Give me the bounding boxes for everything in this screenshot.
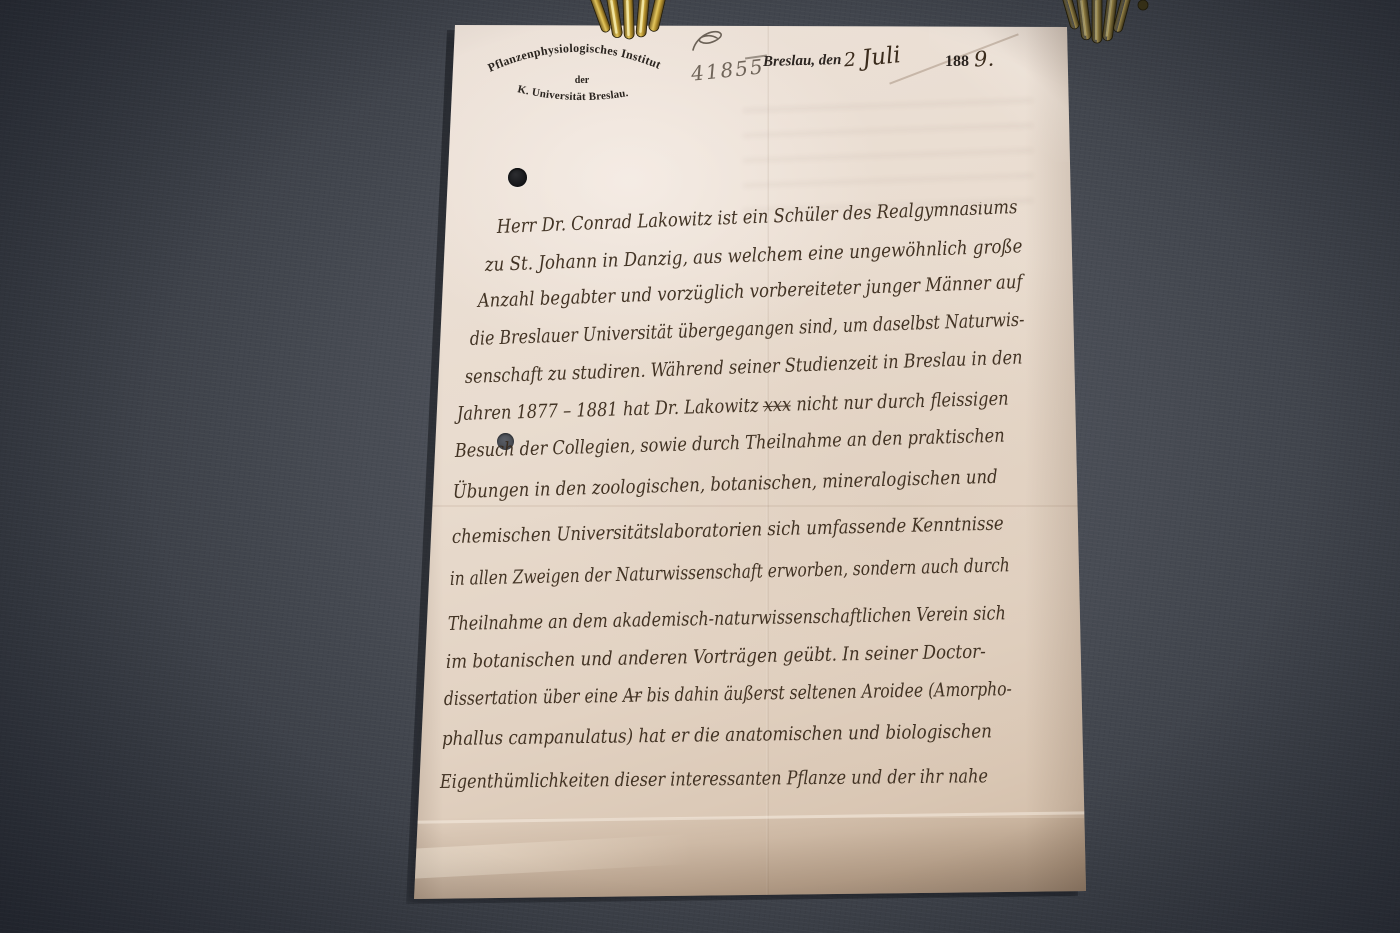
letterhead-der: der [575,75,590,86]
handwritten-line: Herr Dr. Conrad Lakowitz ist ein Schüler… [495,202,1018,238]
handwritten-line: zu St. Johann in Danzig, aus welchem ein… [484,235,1023,276]
handwritten-line: die Breslauer Universität übergegangen s… [469,309,1024,350]
handwritten-line: Übungen in den zoologischen, botanischen… [452,465,997,503]
clamp-knob [1138,0,1148,10]
handwritten-line: chemischen Universitätslaboratorien sich… [452,513,1004,548]
brass-clamp-right [1055,0,1155,58]
dateline-printed-place: Breslau, den [763,52,842,71]
handwritten-line: im botanischen und anderen Vorträgen geü… [446,641,986,673]
dateline-year-digit: 9. [973,46,994,71]
ink-bleedthrough [743,88,1033,218]
handwritten-line: Theilnahme an dem akademisch-naturwissen… [448,602,1006,635]
handwritten-line: dissertation über eine A̶r̶ bis dahin äu… [444,678,1012,710]
photo-stage: Pflanzenphysiologisches Institut der K. … [0,0,1400,933]
clamp-prong [648,0,667,32]
handwritten-line: Anzahl begabter und vorzüglich vorbereit… [476,271,1026,312]
letterhead-university: K. Universität Breslau. [516,83,629,103]
dateline-month: Juli [861,42,902,72]
letter-document: Pflanzenphysiologisches Institut der K. … [413,22,1089,900]
handwritten-line: in allen Zweigen der Naturwissenschaft e… [450,554,1010,590]
handwritten-line: senschaft zu studiren. Während seiner St… [464,347,1022,388]
handwritten-line: Eigenthümlichkeiten dieser interessanten… [439,765,988,793]
handwritten-body: Herr Dr. Conrad Lakowitz ist ein Schüler… [433,202,1073,812]
punch-hole-top [508,168,527,187]
handwritten-line: phallus campanulatus) hat er die anatomi… [442,720,992,750]
handwritten-line: Jahren 1877 – 1881 hat Dr. Lakowitz x̶x̶… [453,388,1009,425]
handwritten-line: Besuch der Collegien, sowie durch Theiln… [454,425,1005,462]
dateline-day: 2 [843,49,857,72]
brass-clamp-center [585,0,695,48]
dateline-year-printed: 188 [945,53,969,71]
